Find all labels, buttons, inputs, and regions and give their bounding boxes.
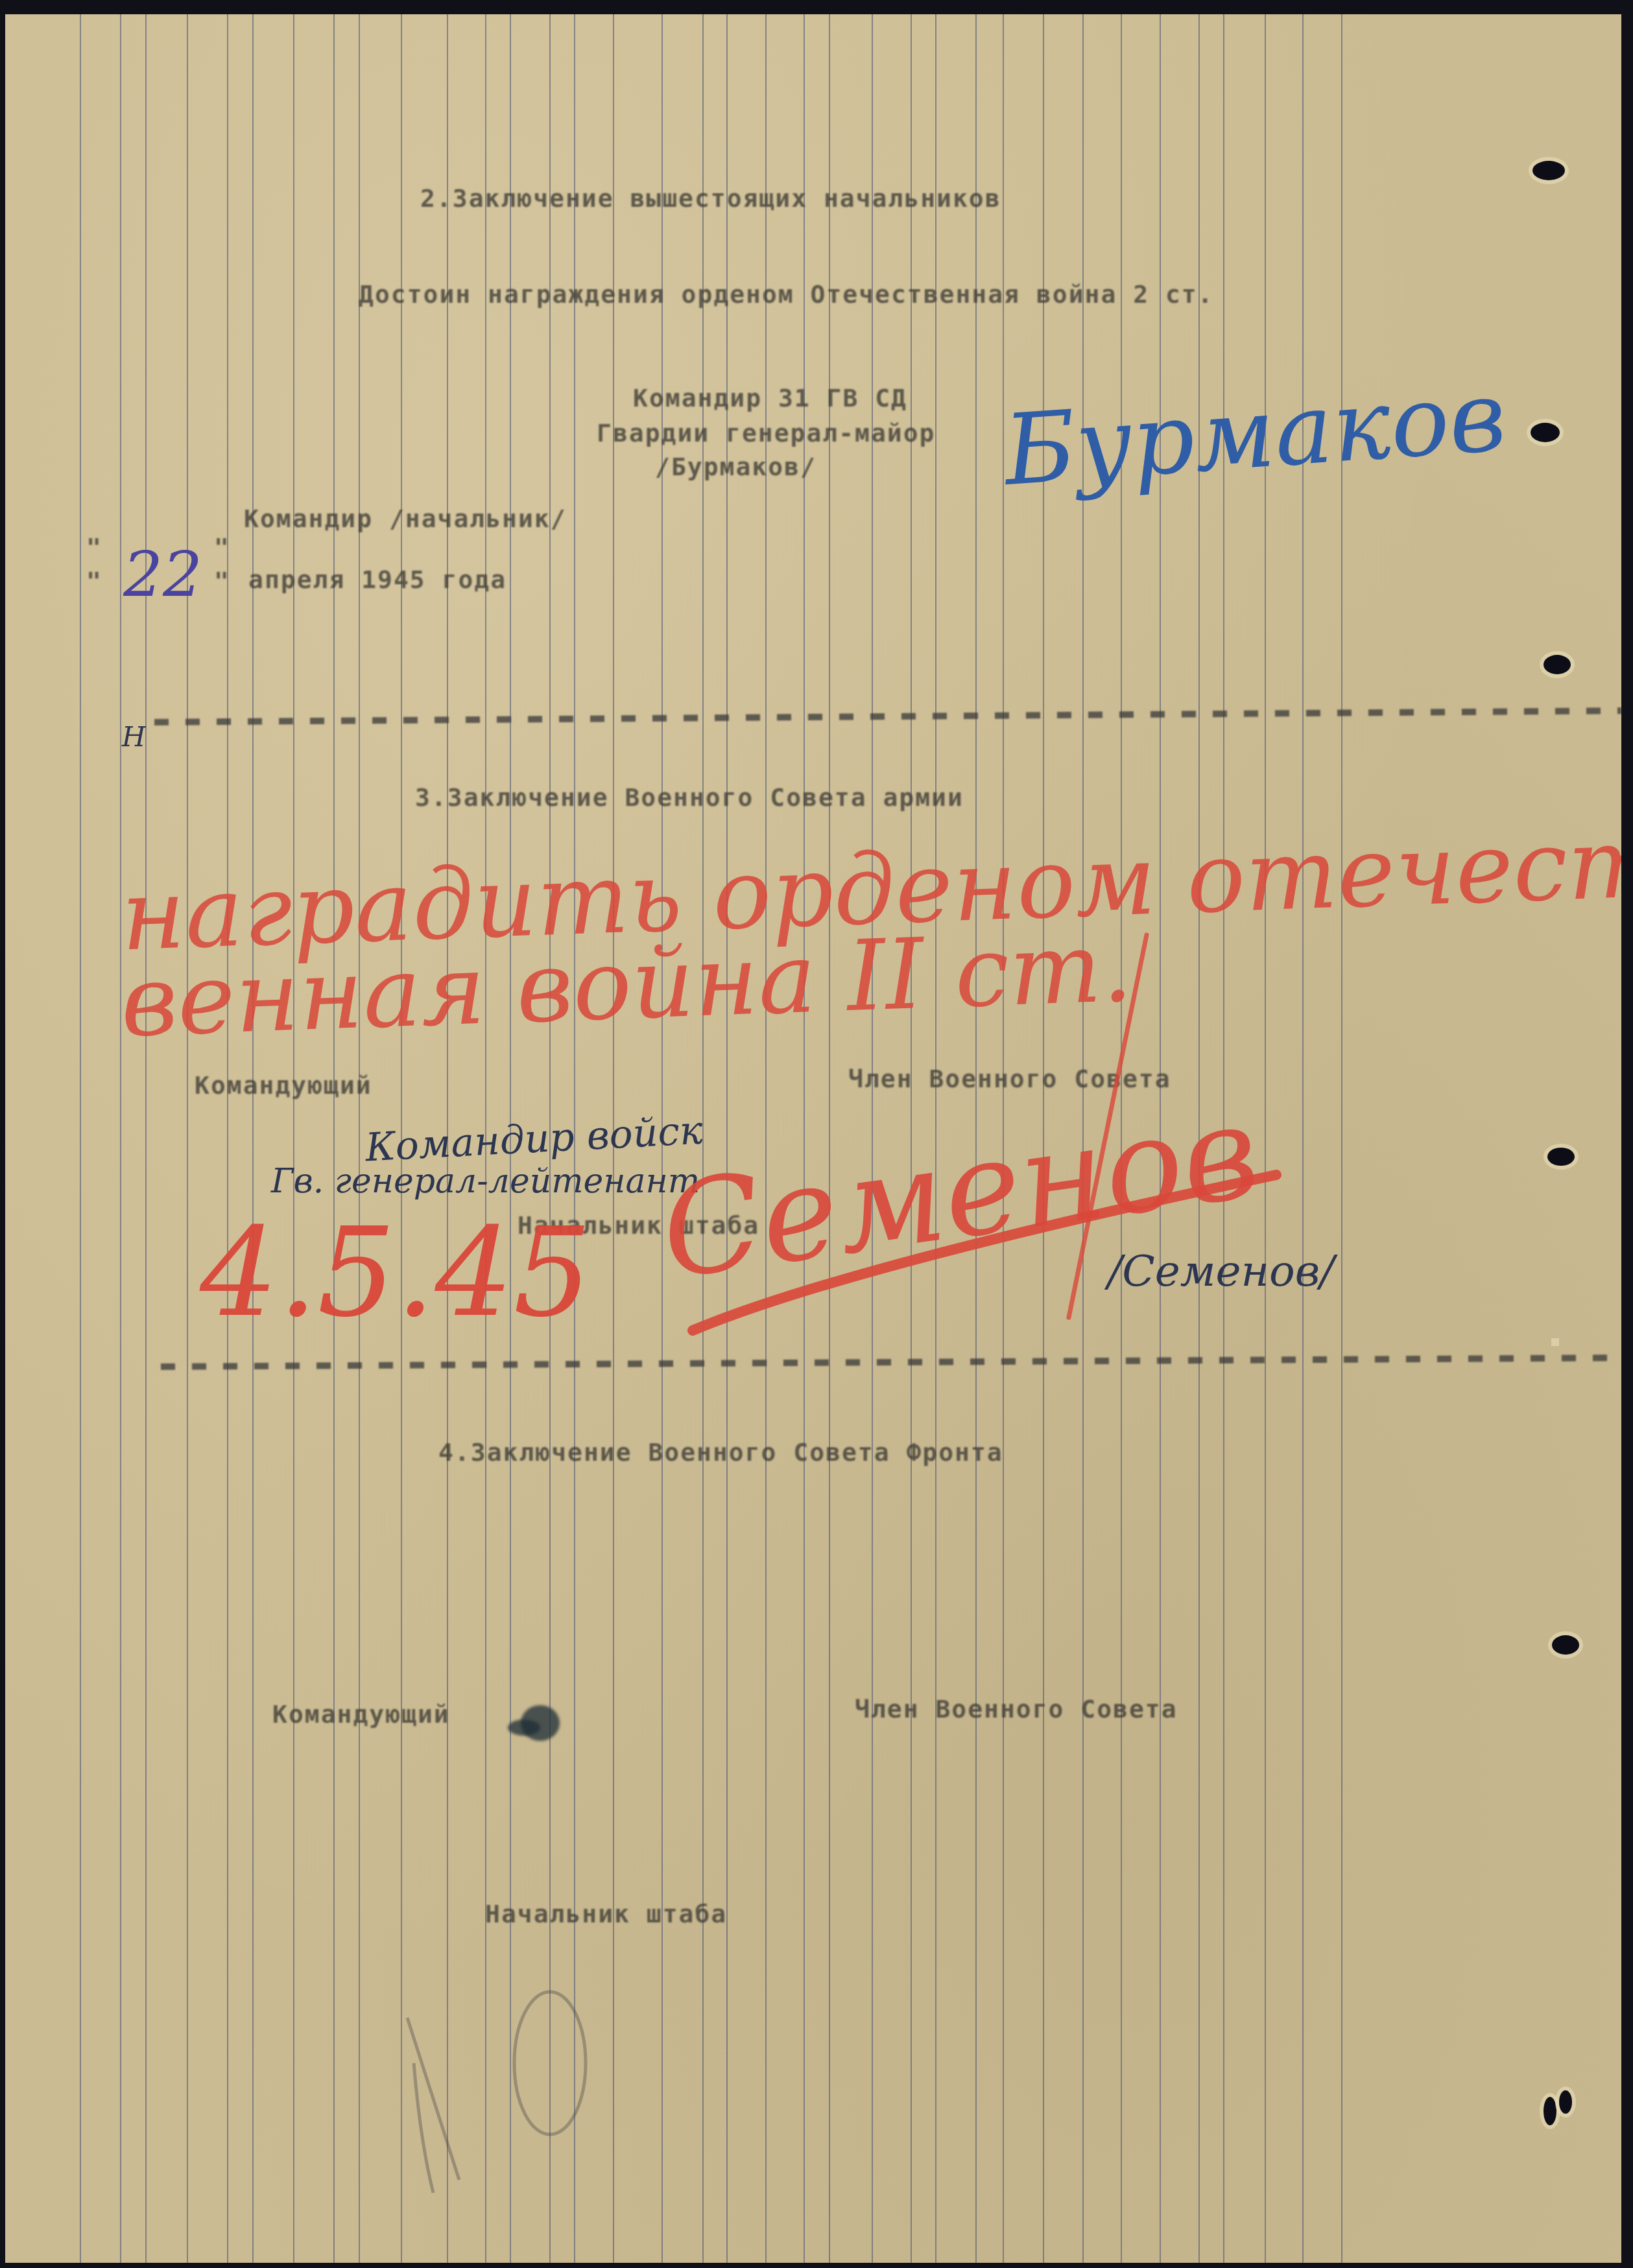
faint-pencil-marks [5,14,1621,2263]
archival-document-page: 2.Заключение вышестоящих начальников Дос… [5,14,1621,2263]
